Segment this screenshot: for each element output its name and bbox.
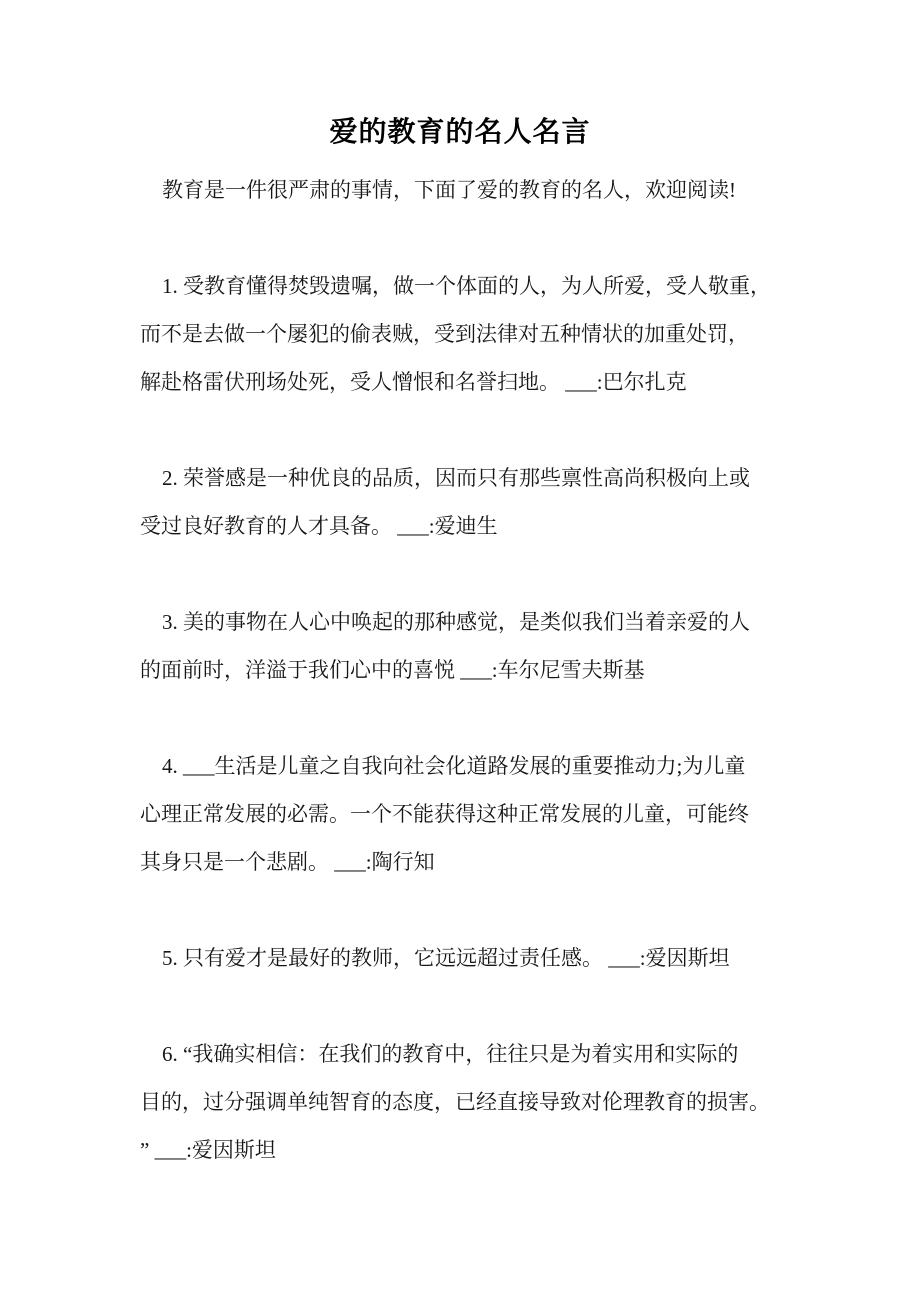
intro-paragraph: 教育是一件很严肃的事情，下面了爱的教育的名人，欢迎阅读!: [140, 166, 802, 214]
quote-paragraph-6: 6. “我确实相信：在我们的教育中，往往只是为着实用和实际的 目的，过分强调单纯…: [140, 1030, 802, 1174]
document-page: 爱的教育的名人名言 教育是一件很严肃的事情，下面了爱的教育的名人，欢迎阅读! 1…: [0, 0, 920, 1302]
quote-paragraph-4: 4. ___生活是儿童之自我向社会化道路发展的重要推动力;为儿童 心理正常发展的…: [140, 742, 802, 886]
quote-paragraph-2: 2. 荣誉感是一种优良的品质，因而只有那些禀性高尚积极向上或 受过良好教育的人才…: [140, 454, 802, 550]
quote-paragraph-5: 5. 只有爱才是最好的教师，它远远超过责任感。 ___:爱因斯坦: [140, 934, 802, 982]
document-title: 爱的教育的名人名言: [118, 112, 802, 154]
quote-paragraph-3: 3. 美的事物在人心中唤起的那种感觉，是类似我们当着亲爱的人 的面前时，洋溢于我…: [140, 598, 802, 694]
quote-paragraph-1: 1. 受教育懂得焚毁遗嘱，做一个体面的人，为人所爱，受人敬重， 而不是去做一个屡…: [140, 262, 802, 406]
